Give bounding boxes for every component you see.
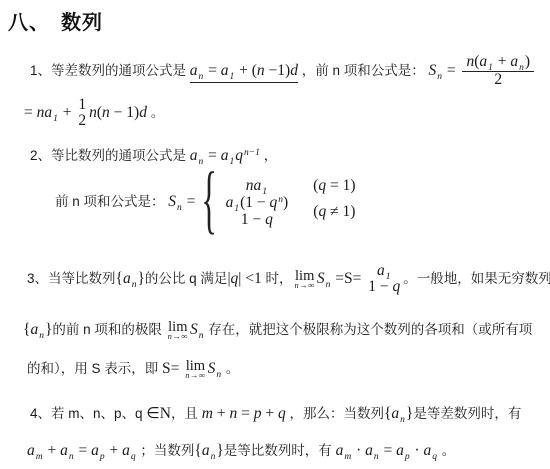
run-it: na <box>246 177 262 194</box>
run-rm: 1 <box>78 96 86 113</box>
limit-value-fraction: a11 − q <box>368 263 400 296</box>
fraction-denominator: 2 <box>78 113 86 129</box>
run-cn: 是等比数列时，有 <box>224 443 336 458</box>
run-rm: } <box>216 442 223 459</box>
para2-piecewise: 前 n 项和公式是： Sn = {na1(q = 1)a1(1 − qn)1 −… <box>55 176 356 228</box>
run-rm: · <box>352 442 365 459</box>
run-cn: 。 <box>222 361 239 376</box>
run-it: q <box>235 147 243 164</box>
underlined-formula: an = a1 + (n −1)d <box>190 63 298 83</box>
run-it: a <box>91 442 99 459</box>
run-it: n <box>257 62 265 79</box>
run-rm: { <box>116 270 123 287</box>
case-q-equals-1-value: na1 <box>246 176 268 195</box>
run-sub: 1 <box>234 204 239 214</box>
run-it: a <box>365 442 373 459</box>
run-rm: 2 <box>78 112 86 129</box>
run-cn: 前 n 项和公式是： <box>55 194 168 209</box>
run-rm: =S= <box>331 270 365 287</box>
run-rm: · <box>411 442 424 459</box>
run-rm: 1 − <box>241 211 265 228</box>
para4-line1-text: 4、若 m、n、p、q ∈N，且 m + n = p + q ，那么：当数列{a… <box>30 406 521 421</box>
fraction-one-half: 12 <box>78 97 86 130</box>
document-page: 八、 数列 1、等差数列的通项公式是 an = a1 + (n −1)d ，前 … <box>0 0 550 469</box>
left-brace-glyph: { <box>202 164 218 241</box>
para2-line1: 2、等比数列的通项公式是 an = a1qn−1 ， <box>30 146 277 165</box>
piecewise-cases: {na1(q = 1)a1(1 − qn)1 − q(q ≠ 1) <box>199 176 355 228</box>
run-cn: 的公比 q 满足 <box>145 271 228 286</box>
para3-line1-mid: Sn =S= <box>317 271 365 286</box>
run-cn: 的前 n 项和的极限 <box>52 322 165 337</box>
run-it: a <box>190 62 198 79</box>
run-rm: −1) <box>265 62 291 79</box>
run-sub: n <box>326 280 331 290</box>
run-rm: } <box>137 270 144 287</box>
run-rm: S= <box>162 360 183 377</box>
run-rm: − 1) <box>110 104 139 121</box>
run-it: q <box>265 211 273 228</box>
run-cn: 时， <box>262 271 293 286</box>
run-it: S <box>208 360 216 377</box>
run-it: d <box>139 104 147 121</box>
para1-line2: = na1 + 12n(n − 1)d 。 <box>24 97 164 130</box>
para3-line1-post: 。一般地，如果无穷数列 <box>403 271 550 286</box>
run-rm: 2 <box>494 71 502 88</box>
fraction-numerator: a1(1 − qn) <box>226 195 289 211</box>
run-it: a <box>122 442 130 459</box>
run-cn: ，且 <box>171 406 202 421</box>
limit-subscript: n→∞ <box>168 333 188 340</box>
run-cn: ，那么：当数列 <box>286 406 384 421</box>
run-sub: n <box>437 72 442 82</box>
run-it: S <box>190 321 198 338</box>
run-sub: n <box>519 63 524 73</box>
run-it: a <box>424 442 432 459</box>
run-cn: 2、等比数列的通项公式是 <box>30 148 190 163</box>
para1-line2-pre: = na1 + <box>24 105 75 120</box>
run-sub: q <box>131 452 136 462</box>
run-it: d <box>290 62 298 79</box>
run-sub: n <box>216 370 221 380</box>
run-rm: { <box>194 442 201 459</box>
run-it: n <box>89 104 97 121</box>
run-rm: + <box>106 442 123 459</box>
run-rm: = <box>75 442 92 459</box>
run-it: S <box>428 62 436 79</box>
run-rm: = <box>237 405 254 422</box>
para1-lead-text: 1、等差数列的通项公式是 <box>30 63 190 78</box>
run-cn: 3、当等比数列 <box>27 271 116 286</box>
run-sub: m <box>36 452 43 462</box>
run-it: a <box>202 442 210 459</box>
limit-subscript: n→∞ <box>295 282 315 289</box>
run-it: m <box>202 405 213 422</box>
run-it: a <box>226 194 234 211</box>
para3-line2: {an}的前 n 项和的极限 limn→∞Sn 存在，就把这个极限称为这个数列的… <box>23 320 532 340</box>
run-it: S <box>317 270 325 287</box>
run-it: q <box>278 405 286 422</box>
run-sup: n−1 <box>244 148 260 158</box>
run-rm: ≠ 1) <box>326 203 355 220</box>
para3-line3-post: Sn 。 <box>208 361 240 376</box>
run-it: a <box>190 147 198 164</box>
run-rm: = <box>183 193 200 210</box>
run-it: a <box>27 442 35 459</box>
run-sub: n <box>39 331 44 341</box>
run-rm: = <box>443 62 460 79</box>
run-it: q <box>318 177 326 194</box>
run-it: a <box>221 62 229 79</box>
section-title: 八、 数列 <box>8 6 103 35</box>
case-q-not-1-condition: (q ≠ 1) <box>313 202 355 221</box>
run-sub: n <box>400 415 405 425</box>
run-it: a <box>396 442 404 459</box>
run-it: na <box>37 104 53 121</box>
run-sub: m <box>344 452 351 462</box>
run-sub: n <box>211 452 216 462</box>
para3-line3-pre: 的和），用 S 表示，即 S= <box>27 361 183 376</box>
run-sub: n <box>177 203 182 213</box>
run-sub: 1 <box>230 72 235 82</box>
run-sub: 1 <box>488 63 493 73</box>
limit-subscript: n→∞ <box>185 372 205 379</box>
run-rm: + <box>213 405 230 422</box>
run-sub: 1 <box>262 187 267 197</box>
fraction-sum-formula: n(a1 + an)2 <box>462 54 534 89</box>
run-sub: n <box>132 280 137 290</box>
limit-notation: limn→∞ <box>295 270 315 290</box>
run-sub: n <box>374 452 379 462</box>
run-it: n <box>102 104 110 121</box>
para4-line2: am + an = ap + aq ；当数列{an}是等比数列时，有 am · … <box>27 441 455 460</box>
run-cn: 是等差数列时，有 <box>413 406 521 421</box>
run-rm: ) <box>283 194 288 211</box>
case-q-not-1-fraction: a1(1 − qn)1 − q <box>226 195 289 228</box>
run-rm: = <box>204 62 221 79</box>
run-rm: + <box>261 405 278 422</box>
run-it: a <box>391 405 399 422</box>
para1-line2-post: n(n − 1)d 。 <box>89 105 164 120</box>
run-sub: 1 <box>386 272 391 282</box>
run-it: a <box>60 442 68 459</box>
limit-notation: limn→∞ <box>185 360 205 380</box>
run-cn: 。 <box>438 443 455 458</box>
para3-line2-pre: {an}的前 n 项和的极限 <box>23 322 166 337</box>
run-it: S <box>168 193 176 210</box>
run-cn: 存在，就把这个极限称为这个数列的各项和（或所有项 <box>204 322 532 337</box>
fraction-numerator: n(a1 + an) <box>462 54 534 72</box>
run-sub: n <box>199 331 204 341</box>
run-cn: ，前 n 项和公式是： <box>298 63 429 78</box>
run-cn: ；当数列 <box>137 443 195 458</box>
run-rm: + ( <box>235 62 257 79</box>
para4-line2-text: am + an = ap + aq ；当数列{an}是等比数列时，有 am · … <box>27 443 455 458</box>
run-sub: p <box>100 452 105 462</box>
run-sub: 1 <box>230 157 235 167</box>
run-rm: = 1) <box>326 177 355 194</box>
para3-line1-pre: 3、当等比数列{an}的公比 q 满足|q| <1 时， <box>27 271 293 286</box>
run-cn: 1、等差数列的通项公式是 <box>30 63 190 78</box>
cases-grid: na1(q = 1)a1(1 − qn)1 − q(q ≠ 1) <box>223 176 356 228</box>
run-it: q <box>270 194 278 211</box>
fraction-denominator: 2 <box>462 72 534 88</box>
para1-line1: 1、等差数列的通项公式是 an = a1 + (n −1)d ，前 n 项和公式… <box>30 54 537 89</box>
fraction-numerator: a1 <box>368 263 400 279</box>
run-sub: q <box>432 452 437 462</box>
run-sub: n <box>69 452 74 462</box>
run-it: a <box>479 53 487 70</box>
fraction-denominator: 1 − q <box>226 212 289 228</box>
run-rm: + <box>494 53 511 70</box>
para2-line1-text: 2、等比数列的通项公式是 an = a1qn−1 ， <box>30 148 277 163</box>
para3-line2-post: Sn 存在，就把这个极限称为这个数列的各项和（或所有项 <box>190 322 532 337</box>
run-it: a <box>510 53 518 70</box>
run-rm: = <box>24 104 37 121</box>
run-sub: p <box>405 452 410 462</box>
para3-line3: 的和），用 S 表示，即 S= limn→∞Sn 。 <box>27 359 239 379</box>
para3-line1: 3、当等比数列{an}的公比 q 满足|q| <1 时，limn→∞Sn =S=… <box>27 263 550 296</box>
run-rm: + <box>59 104 76 121</box>
fraction-denominator: 1 − q <box>368 279 400 295</box>
run-cn: 4、若 m、n、p、q <box>30 406 146 421</box>
run-rm: ∈N <box>146 405 171 422</box>
limit-notation: limn→∞ <box>168 321 188 341</box>
run-it: a <box>377 262 385 279</box>
run-cn: 。 <box>147 105 164 120</box>
run-sub: 1 <box>53 114 58 124</box>
run-it: a <box>336 442 344 459</box>
run-sup: n <box>278 195 283 205</box>
para1-mid-text: ，前 n 项和公式是： Sn = <box>298 63 460 78</box>
run-it: a <box>30 321 38 338</box>
run-rm: + <box>44 442 61 459</box>
run-it: a <box>221 147 229 164</box>
run-rm: | <1 <box>238 270 261 287</box>
run-rm: ) <box>525 53 530 70</box>
fraction-numerator: 1 <box>78 97 86 113</box>
para4-line1: 4、若 m、n、p、q ∈N，且 m + n = p + q ，那么：当数列{a… <box>30 404 521 423</box>
run-sub: n <box>199 72 204 82</box>
case-q-equals-1-condition: (q = 1) <box>313 176 355 195</box>
para2-piecewise-lead: 前 n 项和公式是： Sn = <box>55 194 199 209</box>
run-cn: 。一般地，如果无穷数列 <box>403 271 550 286</box>
run-cn: 的和），用 S 表示，即 <box>27 361 162 376</box>
run-it: a <box>123 270 131 287</box>
run-cn: ， <box>260 148 277 163</box>
run-rm: = <box>380 442 397 459</box>
run-it: q <box>392 278 400 295</box>
